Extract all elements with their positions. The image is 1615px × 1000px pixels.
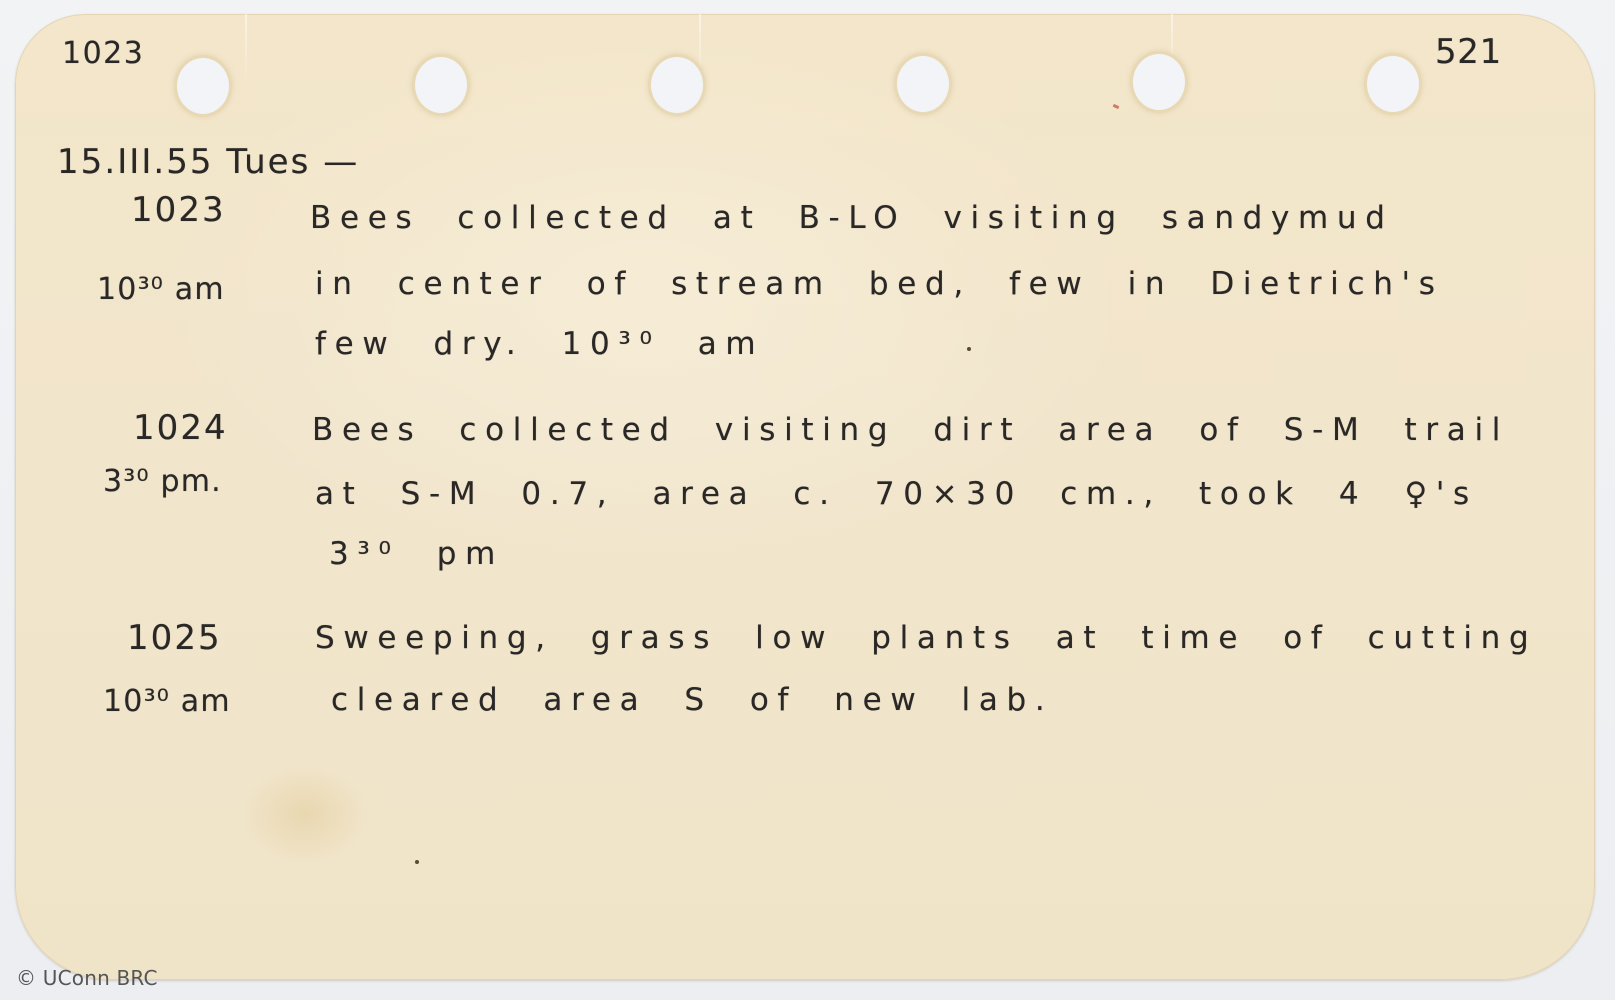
paper-crease xyxy=(245,14,247,84)
entry-id: 1024 xyxy=(133,408,228,448)
field-notebook-card: 1023 521 15.III.55 Tues — 1023 10³⁰ am B… xyxy=(15,14,1595,980)
entry-text-line: 3³⁰ pm xyxy=(329,536,504,572)
copyright-watermark: © UConn BRC xyxy=(16,966,158,990)
punch-hole xyxy=(651,57,703,113)
ink-speck xyxy=(415,860,419,864)
punch-hole xyxy=(177,58,229,114)
entry-id: 1023 xyxy=(131,190,226,230)
entry-text-line: in center of stream bed, few in Dietrich… xyxy=(315,266,1444,302)
entry-time: 3³⁰ pm. xyxy=(103,464,222,499)
entry-text-line: Sweeping, grass low plants at time of cu… xyxy=(315,620,1537,656)
entry-text-line: few dry. 10³⁰ am xyxy=(315,326,764,362)
date-heading: 15.III.55 Tues — xyxy=(57,142,359,182)
punch-hole xyxy=(1133,54,1185,110)
entry-text-line: cleared area S of new lab. xyxy=(331,682,1053,718)
punch-hole xyxy=(415,57,467,113)
corner-record-id: 1023 xyxy=(62,36,144,71)
entry-text-line: Bees collected visiting dirt area of S-M… xyxy=(312,412,1509,448)
red-mark xyxy=(1113,104,1120,109)
ink-speck xyxy=(967,347,971,351)
entry-id: 1025 xyxy=(127,618,222,658)
scan-background: 1023 521 15.III.55 Tues — 1023 10³⁰ am B… xyxy=(0,0,1615,1000)
card-number: 521 xyxy=(1435,32,1502,72)
entry-time: 10³⁰ am xyxy=(103,684,231,719)
punch-hole xyxy=(897,56,949,112)
entry-text-line: Bees collected at B-LO visiting sandymud xyxy=(310,200,1394,236)
punch-hole xyxy=(1367,56,1419,112)
entry-text-line: at S-M 0.7, area c. 70×30 cm., took 4 ♀'… xyxy=(315,476,1478,512)
entry-time: 10³⁰ am xyxy=(97,272,225,307)
